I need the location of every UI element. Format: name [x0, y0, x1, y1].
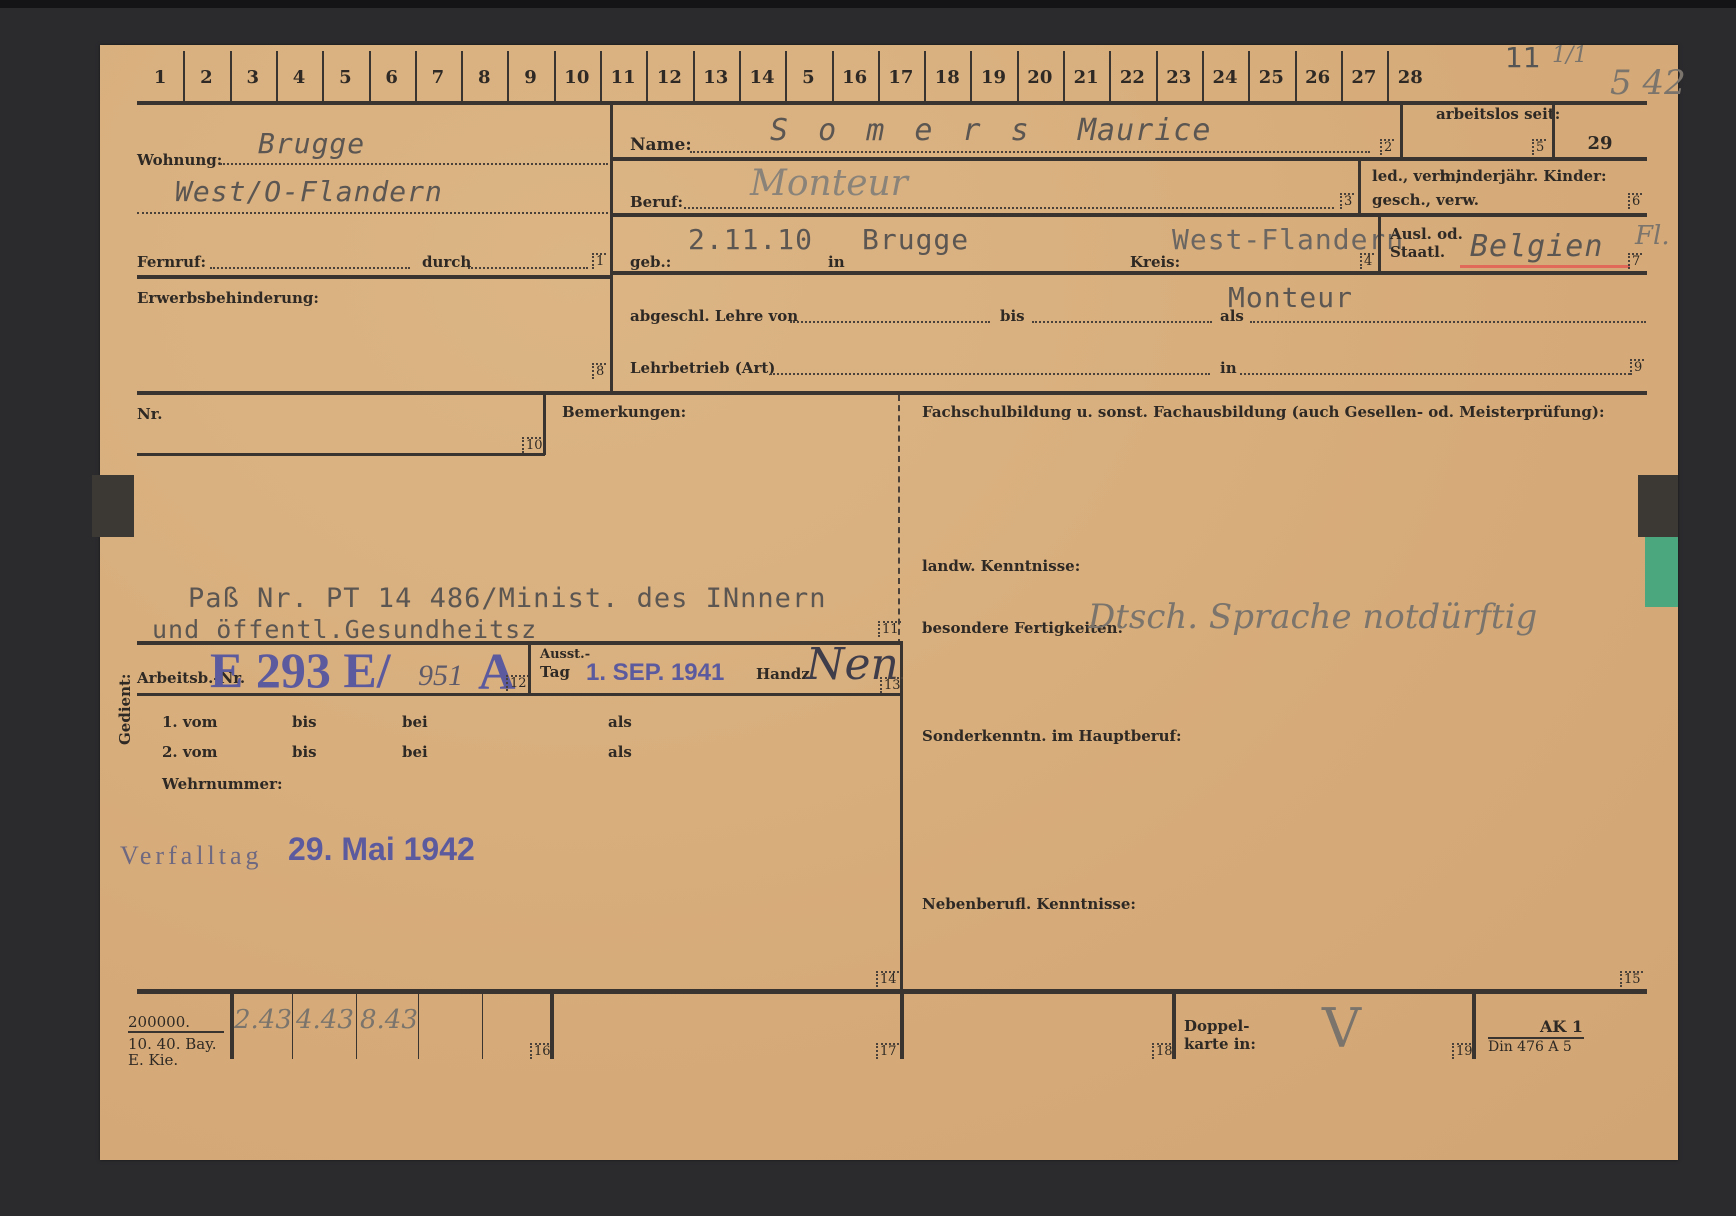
field-number-12: 12 [506, 675, 529, 691]
column-number-11: 11 [600, 67, 646, 88]
gedient-row-1-bis: bis [292, 713, 317, 731]
divider [1378, 215, 1381, 273]
nr-label: Nr. [137, 405, 162, 423]
column-divider [693, 51, 695, 101]
doppelkarte-label-2: karte in: [1184, 1035, 1256, 1053]
staat-red-underline [1460, 265, 1630, 268]
column-number-9: 9 [507, 67, 553, 88]
registration-card: 1234567891011121314516171819202122232425… [100, 45, 1678, 1160]
divider [543, 393, 546, 455]
column-number-28: 28 [1387, 67, 1433, 88]
field-number-8: 8 [592, 363, 606, 379]
column-divider [1341, 51, 1343, 101]
field-number-6: 6 [1628, 193, 1642, 209]
print-info-2: E. Kie. [128, 1051, 178, 1069]
column-number-14: 14 [739, 67, 785, 88]
staat-note: Fl. [1635, 221, 1670, 251]
verfalltag-date: 29. Mai 1942 [288, 831, 475, 868]
birth-in-label: in [828, 253, 845, 271]
column-number-5: 5 [322, 67, 368, 88]
box-29-label: 29 [1580, 133, 1620, 154]
column-number-3: 3 [230, 67, 276, 88]
column-number-1: 1 [137, 67, 183, 88]
beruf-handwritten: Monteur [750, 163, 908, 204]
field-number-1: 1 [592, 253, 606, 269]
lehre-als-value: Monteur [1228, 281, 1353, 314]
column-divider [1202, 51, 1204, 101]
nebenberuf-label: Nebenberufl. Kenntnisse: [922, 895, 1136, 913]
lehre-bis-line [1032, 321, 1212, 323]
lehrbetrieb-in-label: in [1220, 359, 1237, 377]
column-divider [785, 51, 787, 101]
column-number-12: 12 [646, 67, 692, 88]
right-index-tab [1638, 475, 1678, 537]
column-number-8: 8 [461, 67, 507, 88]
arbeitsbuch-number: 951 [418, 659, 463, 693]
rule [137, 391, 1647, 395]
lehrbetrieb-label: Lehrbetrieb (Art) [630, 359, 775, 377]
date-cell-divider [418, 991, 419, 1059]
lehrbetrieb-line [770, 373, 1210, 375]
column-divider [369, 51, 371, 101]
green-marker [1645, 537, 1678, 607]
column-number-19: 19 [970, 67, 1016, 88]
date-cell-3: 8.43 [360, 1005, 418, 1035]
dashed-divider [898, 395, 900, 645]
column-divider [924, 51, 926, 101]
print-run: 200000. [128, 1013, 190, 1031]
given-name: Maurice [1078, 113, 1211, 148]
column-divider [646, 51, 648, 101]
column-number-22: 22 [1109, 67, 1155, 88]
column-number-25: 25 [1248, 67, 1294, 88]
bemerkungen-line1: Paß Nr. PT 14 486/Minist. des INnnern [188, 583, 826, 614]
field-number-15: 15 [1620, 971, 1643, 987]
rule [128, 1031, 224, 1033]
wohnung-province: West/O-Flandern [175, 175, 443, 208]
column-divider [1387, 51, 1389, 101]
besondere-value: Dtsch. Sprache notdürftig [1088, 597, 1537, 637]
kinder-label: minderjähr. Kinder: [1440, 167, 1607, 185]
scan-background-edge [0, 0, 1736, 8]
field-number-17: 17 [876, 1043, 899, 1059]
column-divider [878, 51, 880, 101]
divider [1172, 991, 1176, 1059]
ausst-label-1: Ausst.- [540, 647, 590, 662]
lehrbetrieb-in-line [1240, 373, 1630, 375]
divider [1358, 159, 1361, 215]
date-cell-divider [482, 991, 483, 1059]
rule [137, 275, 610, 279]
col27-annotation: 1/1 [1552, 43, 1587, 68]
date-cell-2: 4.43 [296, 1005, 354, 1035]
gedient-row-2-als: als [608, 743, 632, 761]
column-divider [554, 51, 556, 101]
landw-label: landw. Kenntnisse: [922, 557, 1080, 575]
status-label-2: gesch., verw. [1372, 191, 1479, 209]
doppelkarte-mark: V [1322, 997, 1361, 1060]
column-number-6: 6 [369, 67, 415, 88]
staat-value: Belgien [1470, 229, 1603, 264]
wehrnummer-label: Wehrnummer: [162, 775, 283, 793]
column-divider [1295, 51, 1297, 101]
arbeitslos-label: arbeitslos seit: [1436, 105, 1560, 123]
field-number-4: 4 [1360, 253, 1374, 269]
arbeitsbuch-stamp: E 293 E/ [210, 641, 391, 699]
column-divider [1017, 51, 1019, 101]
sonderkenntnisse-label: Sonderkenntn. im Hauptberuf: [922, 727, 1182, 745]
fachschul-label: Fachschulbildung u. sonst. Fachausbildun… [922, 403, 1605, 421]
column-divider [322, 51, 324, 101]
field-number-3: 3 [1340, 193, 1354, 209]
field-number-14: 14 [876, 971, 899, 987]
divider [610, 101, 613, 393]
wohnung-city: Brugge [258, 127, 365, 160]
column-divider [1156, 51, 1158, 101]
gedient-side-label: Gedient: [116, 674, 134, 745]
gedient-row-2-label: 2. vom [162, 743, 217, 761]
birth-place: Brugge [862, 223, 969, 256]
column-number-20: 20 [1017, 67, 1063, 88]
rule [613, 271, 1647, 275]
gedient-row-2-bei: bei [402, 743, 428, 761]
ausst-date-stamp: 1. SEP. 1941 [586, 659, 724, 687]
lehre-bis-label: bis [1000, 307, 1025, 325]
lehre-label: abgeschl. Lehre von [630, 307, 798, 325]
header-rule [137, 101, 1647, 105]
field-number-9: 9 [1630, 359, 1644, 375]
divider [528, 643, 531, 693]
divider [1552, 101, 1555, 159]
column-number-10: 10 [554, 67, 600, 88]
column-divider [1109, 51, 1111, 101]
column-number-23: 23 [1156, 67, 1202, 88]
column-divider [1248, 51, 1250, 101]
gedient-row-1-bei: bei [402, 713, 428, 731]
column-divider [461, 51, 463, 101]
column-divider [507, 51, 509, 101]
divider [550, 991, 554, 1059]
column-number-24: 24 [1202, 67, 1248, 88]
divider [1400, 101, 1403, 159]
durch-label: durch [422, 253, 471, 271]
verfalltag-label: Verfalltag [120, 841, 263, 871]
column-number-15: 5 [785, 67, 831, 88]
wohnung-label: Wohnung: [137, 151, 222, 169]
corner-pencil-note: 5 42 [1610, 63, 1686, 103]
gedient-row-2-bis: bis [292, 743, 317, 761]
ausst-label-2: Tag [540, 663, 570, 681]
column-number-13: 13 [693, 67, 739, 88]
footer-rule [137, 989, 1647, 994]
rule [137, 453, 545, 456]
bemerkungen-line2: und öffentl.Gesundheitsz [152, 615, 537, 644]
column-number-7: 7 [415, 67, 461, 88]
field-number-10: 10 [522, 437, 545, 453]
gedient-row-1-als: als [608, 713, 632, 731]
column-number-2: 2 [183, 67, 229, 88]
field-number-5: 5 [1532, 139, 1546, 155]
name-line [690, 151, 1370, 153]
form-code: AK 1 [1540, 1017, 1583, 1036]
wohnung-line [220, 163, 608, 165]
field-number-13: 13 [880, 677, 903, 693]
column-divider [739, 51, 741, 101]
column-number-16: 16 [832, 67, 878, 88]
staat-label-1: Ausl. od. [1390, 225, 1463, 243]
date-cell-divider [356, 991, 357, 1059]
kreis-value: West-Flandern [1172, 223, 1404, 256]
column-divider [970, 51, 972, 101]
column-divider [276, 51, 278, 101]
date-cell-divider [292, 991, 293, 1059]
column-number-21: 21 [1063, 67, 1109, 88]
lehre-als-line [1250, 321, 1646, 323]
beruf-line [684, 207, 1334, 209]
birth-date: 2.11.10 [688, 223, 813, 256]
geb-label: geb.: [630, 253, 671, 271]
column-number-18: 18 [924, 67, 970, 88]
left-index-tab [92, 475, 134, 537]
gedient-row-1-label: 1. vom [162, 713, 217, 731]
column-number-4: 4 [276, 67, 322, 88]
column-divider [1063, 51, 1065, 101]
field-number-7: 7 [1628, 253, 1642, 269]
surname: S o m e r s [770, 113, 1035, 148]
rule [137, 693, 903, 696]
divider [1472, 991, 1476, 1059]
name-label: Name: [630, 135, 692, 155]
column-number-17: 17 [878, 67, 924, 88]
fernruf-line [210, 267, 410, 269]
din-code: Din 476 A 5 [1488, 1039, 1572, 1055]
column-number-27: 27 [1341, 67, 1387, 88]
col26-annotation: 11 [1505, 41, 1541, 74]
fernruf-label: Fernruf: [137, 253, 206, 271]
column-divider [230, 51, 232, 101]
column-divider [183, 51, 185, 101]
bemerkungen-label: Bemerkungen: [562, 403, 686, 421]
wohnung-line-2 [137, 212, 608, 214]
date-cell-1: 2.43 [234, 1005, 292, 1035]
column-divider [415, 51, 417, 101]
durch-line [468, 267, 588, 269]
column-divider [600, 51, 602, 101]
field-number-2: 2 [1380, 139, 1394, 155]
divider [900, 991, 904, 1059]
doppelkarte-label-1: Doppel- [1184, 1017, 1249, 1035]
lehre-von-line [790, 321, 990, 323]
column-divider [832, 51, 834, 101]
beruf-label: Beruf: [630, 193, 683, 211]
column-number-26: 26 [1295, 67, 1341, 88]
rule [613, 157, 1647, 161]
staat-label-2: Staatl. [1390, 243, 1445, 261]
erwerbsbehinderung-label: Erwerbsbehinderung: [137, 289, 319, 307]
rule [613, 213, 1647, 217]
